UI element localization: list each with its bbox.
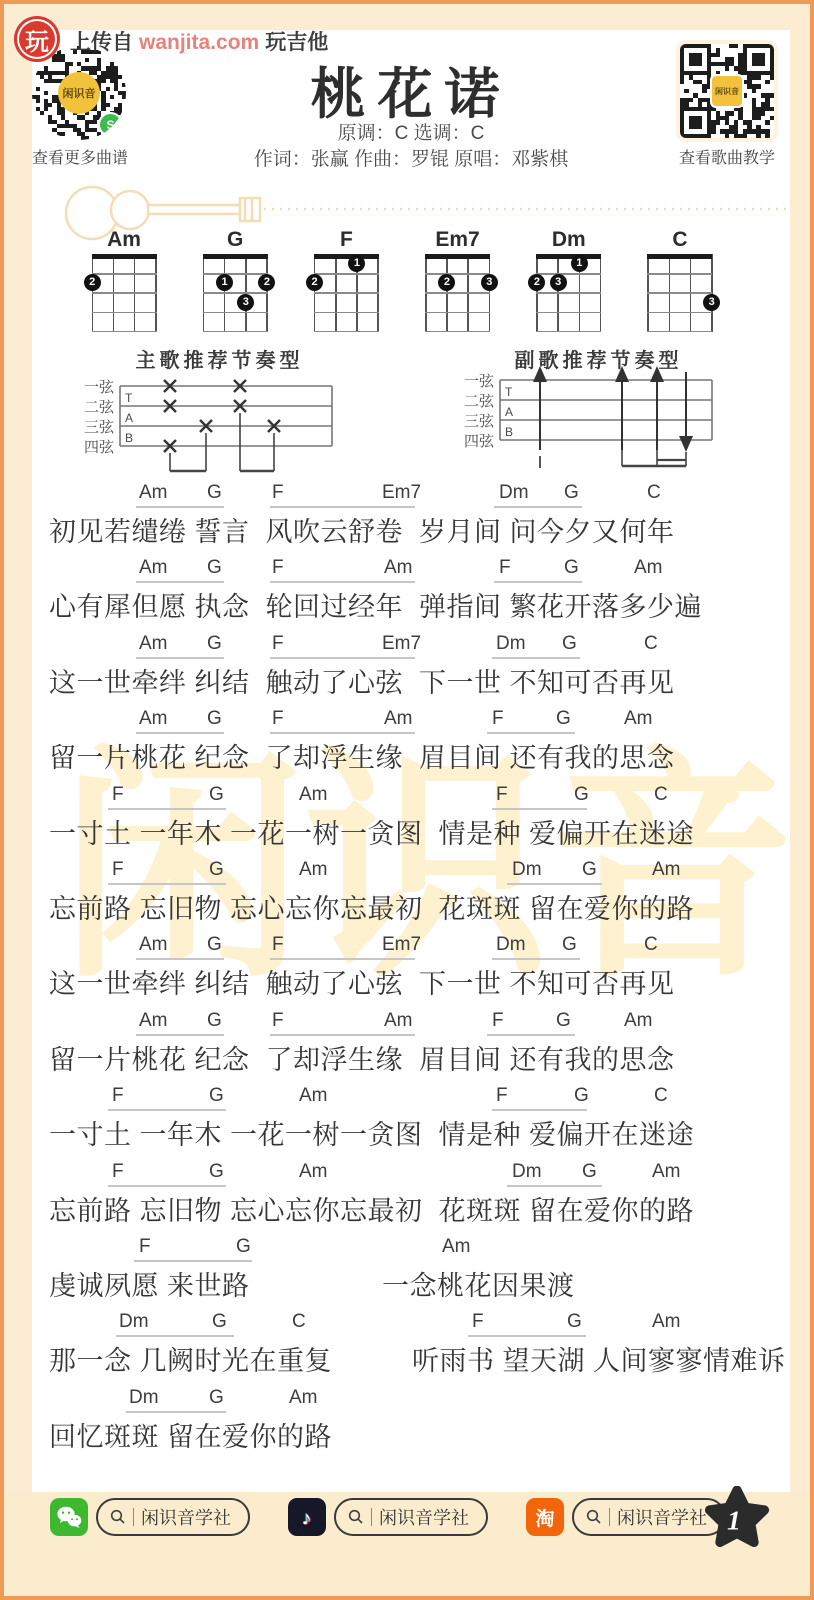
chord-label: Am: [384, 557, 413, 579]
svg-text:B: B: [125, 431, 133, 445]
chord-duration-rule: [108, 1109, 226, 1111]
lyric-line-1: AmGFEm7DmGC初见若缱绻 誓言 风吹云舒卷 岁月间 问今夕又何年: [44, 482, 789, 554]
chord-duration-rule: [494, 506, 582, 508]
chord-diagram-name: Em7: [424, 228, 492, 254]
chord-duration-rule: [108, 808, 226, 810]
lyric-text: 初见若缱绻 誓言 风吹云舒卷 岁月间 问今夕又何年: [49, 510, 675, 549]
search-query: 闲识音学社: [379, 1504, 469, 1530]
chord-label: G: [212, 1311, 227, 1333]
chord-label: Am: [139, 482, 168, 504]
chord-duration-rule: [136, 1034, 224, 1036]
chord-label: Dm: [496, 934, 526, 956]
chord-label: Am: [634, 557, 663, 579]
douyin-search-pill[interactable]: 闲识音学社: [334, 1498, 488, 1536]
chord-duration-rule: [270, 506, 415, 508]
chord-label: Am: [139, 557, 168, 579]
finger-dot: 2: [438, 274, 455, 291]
chord-diagram-Dm: Dm123: [535, 228, 603, 332]
taobao-icon: 淘: [526, 1498, 564, 1536]
lyric-text: 一寸土 一年木 一花一树一贪图 情是种 爱偏开在迷途: [49, 1113, 694, 1152]
chord-label: C: [647, 482, 661, 504]
chord-label: Am: [299, 1161, 328, 1183]
svg-text:一弦: 一弦: [464, 373, 495, 390]
chord-diagram-name: C: [646, 228, 714, 254]
chord-label: F: [272, 557, 284, 579]
svg-text:T: T: [505, 385, 513, 399]
svg-text:A: A: [505, 405, 513, 419]
chord-label: F: [272, 708, 284, 730]
chord-label: F: [272, 633, 284, 655]
lyric-text: 留一片桃花 纪念 了却浮生缘 眉目间 还有我的思念: [49, 736, 675, 775]
chord-label: Dm: [119, 1311, 149, 1333]
chord-label: G: [209, 784, 224, 806]
svg-text:B: B: [505, 425, 513, 439]
svg-text:T: T: [125, 391, 133, 405]
chord-label: G: [209, 1387, 224, 1409]
chord-label: G: [207, 1010, 222, 1032]
chord-label: F: [112, 1085, 124, 1107]
chord-label: G: [207, 482, 222, 504]
taobao-search-group: 淘 闲识音学社: [526, 1498, 726, 1536]
svg-text:A: A: [125, 411, 133, 425]
chord-duration-rule: [136, 958, 224, 960]
right-qr-caption: 查看歌曲教学: [666, 145, 788, 168]
chord-label: Am: [442, 1236, 471, 1258]
chord-label: C: [292, 1311, 306, 1333]
lyric-line-11: FGAm虔诚夙愿 来世路一念桃花因果渡: [44, 1236, 789, 1308]
chord-label: G: [567, 1311, 582, 1333]
lyric-text: 那一念 几阙时光在重复: [49, 1339, 332, 1378]
chord-duration-rule: [492, 958, 580, 960]
pill-divider: [609, 1508, 610, 1526]
chord-label: G: [582, 859, 597, 881]
chord-label: G: [236, 1236, 251, 1258]
chord-diagram-row: Am2G123F12Em723Dm123C3: [90, 228, 714, 332]
chord-duration-rule: [487, 1034, 575, 1036]
chord-label: G: [556, 708, 571, 730]
lyric-line-12: DmGCFGAm那一念 几阙时光在重复听雨书 望天湖 人间寥寥情难诉: [44, 1311, 789, 1383]
chord-diagram-name: F: [312, 228, 380, 254]
chord-label: F: [496, 784, 508, 806]
chord-label: Am: [299, 859, 328, 881]
lyric-line-3: AmGFEm7DmGC这一世牵绊 纠结 触动了心弦 下一世 不知可否再见: [44, 633, 789, 705]
chord-label: Em7: [382, 482, 421, 504]
chord-label: F: [112, 859, 124, 881]
chord-diagram-name: G: [201, 228, 269, 254]
chord-duration-rule: [270, 1034, 415, 1036]
chord-label: G: [207, 708, 222, 730]
wechat-icon: [50, 1498, 88, 1536]
search-icon: [110, 1509, 126, 1525]
douyin-search-group: ♪ ♪ ♪ 闲识音学社: [288, 1498, 488, 1536]
svg-text:三弦: 三弦: [464, 413, 495, 430]
chord-duration-rule: [507, 1185, 602, 1187]
finger-dot: 1: [348, 255, 365, 272]
svg-text:二弦: 二弦: [464, 393, 495, 410]
lyric-text: 忘前路 忘旧物 忘心忘你忘最初 花斑斑 留在爱你的路: [49, 887, 694, 926]
key-info: 原调：C 选调：C: [4, 118, 814, 145]
chorus-rhythm-tab: 一弦二弦三弦四弦TAB: [460, 364, 720, 474]
chord-label: Am: [384, 1010, 413, 1032]
chord-label: Am: [139, 633, 168, 655]
lyric-text: 一念桃花因果渡: [382, 1264, 575, 1303]
lyric-text: 回忆斑斑 留在爱你的路: [49, 1415, 332, 1454]
chord-label: G: [564, 557, 579, 579]
chord-duration-rule: [126, 1411, 226, 1413]
douyin-icon: ♪ ♪ ♪: [288, 1498, 326, 1536]
chord-diagram-name: Am: [90, 228, 158, 254]
footer-bar: 闲识音学社 ♪ ♪ ♪ 闲识音学社 淘 闲识音学社: [4, 1492, 810, 1596]
taobao-search-pill[interactable]: 闲识音学社: [572, 1498, 726, 1536]
chord-diagram-F: F12: [312, 228, 380, 332]
chord-duration-rule: [487, 732, 575, 734]
svg-text:四弦: 四弦: [464, 433, 495, 450]
chord-label: G: [564, 482, 579, 504]
finger-dot: 3: [481, 274, 498, 291]
chord-diagram-C: C3: [646, 228, 714, 332]
chord-sheet-page: 闲识音 玩 上传自wanjita.com玩吉他 闲识音 S 查看更多曲谱 桃花诺…: [0, 0, 814, 1600]
svg-text:♪: ♪: [302, 1509, 312, 1530]
chord-label: G: [207, 633, 222, 655]
chord-label: Am: [289, 1387, 318, 1409]
pill-divider: [371, 1508, 372, 1526]
chord-label: C: [644, 633, 658, 655]
chord-duration-rule: [492, 1109, 587, 1111]
lyric-line-5: FGAmFGC一寸土 一年木 一花一树一贪图 情是种 爱偏开在迷途: [44, 784, 789, 856]
finger-dot: 2: [84, 274, 101, 291]
fretboard-grid: 23: [425, 254, 490, 332]
chord-label: C: [644, 934, 658, 956]
chord-label: Am: [139, 708, 168, 730]
chord-duration-rule: [507, 883, 602, 885]
chord-duration-rule: [492, 808, 587, 810]
chord-label: G: [209, 1161, 224, 1183]
chord-label: G: [207, 557, 222, 579]
fretboard-grid: 123: [536, 254, 601, 332]
fretboard-grid: 12: [314, 254, 379, 332]
finger-dot: 2: [258, 274, 275, 291]
chord-label: F: [272, 1010, 284, 1032]
svg-text:一弦: 一弦: [84, 379, 115, 396]
chord-label: F: [492, 708, 504, 730]
chord-label: Am: [299, 784, 328, 806]
chord-label: G: [562, 934, 577, 956]
finger-dot: 3: [237, 294, 254, 311]
lyric-text: 一寸土 一年木 一花一树一贪图 情是种 爱偏开在迷途: [49, 812, 694, 851]
chord-label: Dm: [496, 633, 526, 655]
search-query: 闲识音学社: [141, 1504, 231, 1530]
chord-label: F: [472, 1311, 484, 1333]
lyric-text: 忘前路 忘旧物 忘心忘你忘最初 花斑斑 留在爱你的路: [49, 1189, 694, 1228]
chord-label: Am: [139, 1010, 168, 1032]
chord-duration-rule: [270, 732, 415, 734]
lyric-line-2: AmGFAmFGAm心有犀但愿 执念 轮回过经年 弹指间 繁花开落多少遍: [44, 557, 789, 629]
chord-duration-rule: [108, 1185, 226, 1187]
finger-dot: 2: [528, 274, 545, 291]
chord-duration-rule: [492, 657, 580, 659]
chord-label: G: [582, 1161, 597, 1183]
chord-label: G: [209, 1085, 224, 1107]
chord-label: Am: [384, 708, 413, 730]
lyric-line-7: AmGFEm7DmGC这一世牵绊 纠结 触动了心弦 下一世 不知可否再见: [44, 934, 789, 1006]
chord-label: G: [556, 1010, 571, 1032]
chord-diagram-G: G123: [201, 228, 269, 332]
page-number-star: 1: [704, 1486, 770, 1552]
lyric-text: 这一世牵绊 纠结 触动了心弦 下一世 不知可否再见: [49, 661, 675, 700]
page-number: 1: [727, 1505, 741, 1536]
chord-label: Am: [139, 934, 168, 956]
chord-label: Dm: [512, 1161, 542, 1183]
chord-label: G: [562, 633, 577, 655]
lyric-text: 留一片桃花 纪念 了却浮生缘 眉目间 还有我的思念: [49, 1038, 675, 1077]
chord-label: Dm: [129, 1387, 159, 1409]
chord-label: Dm: [512, 859, 542, 881]
verse-rhythm-tab: 一弦二弦三弦四弦TAB: [80, 370, 340, 480]
chord-label: F: [112, 1161, 124, 1183]
verse-rhythm-title: 主歌推荐节奏型: [82, 344, 357, 373]
search-icon: [586, 1509, 602, 1525]
chord-label: F: [139, 1236, 151, 1258]
svg-text:三弦: 三弦: [84, 419, 115, 436]
chord-diagram-name: Dm: [535, 228, 603, 254]
chord-duration-rule: [108, 883, 226, 885]
fretboard-grid: 3: [647, 254, 712, 332]
svg-text:二弦: 二弦: [84, 399, 115, 416]
chord-label: Am: [652, 1311, 681, 1333]
chord-label: Am: [624, 708, 653, 730]
chord-label: Am: [299, 1085, 328, 1107]
chord-duration-rule: [468, 1335, 586, 1337]
finger-dot: 1: [571, 255, 588, 272]
chord-label: F: [496, 1085, 508, 1107]
lyric-line-4: AmGFAmFGAm留一片桃花 纪念 了却浮生缘 眉目间 还有我的思念: [44, 708, 789, 780]
wechat-search-pill[interactable]: 闲识音学社: [96, 1498, 250, 1536]
finger-dot: 1: [216, 274, 233, 291]
pill-divider: [133, 1508, 134, 1526]
lyric-text: 心有犀但愿 执念 轮回过经年 弹指间 繁花开落多少遍: [49, 585, 702, 624]
lyric-text: 虔诚夙愿 来世路: [49, 1264, 250, 1303]
chord-label: F: [272, 934, 284, 956]
chord-diagram-Am: Am2: [90, 228, 158, 332]
lyric-line-9: FGAmFGC一寸土 一年木 一花一树一贪图 情是种 爱偏开在迷途: [44, 1085, 789, 1157]
chord-label: C: [654, 784, 668, 806]
chord-label: G: [574, 1085, 589, 1107]
chord-duration-rule: [270, 958, 415, 960]
chord-label: Em7: [382, 934, 421, 956]
lyric-line-10: FGAmDmGAm忘前路 忘旧物 忘心忘你忘最初 花斑斑 留在爱你的路: [44, 1161, 789, 1233]
chord-duration-rule: [136, 506, 224, 508]
chord-label: Am: [624, 1010, 653, 1032]
chord-label: G: [574, 784, 589, 806]
search-icon: [348, 1509, 364, 1525]
lyrics-section: AmGFEm7DmGC初见若缱绻 誓言 风吹云舒卷 岁月间 问今夕又何年AmGF…: [44, 482, 789, 1477]
chord-duration-rule: [136, 657, 224, 659]
lyric-line-8: AmGFAmFGAm留一片桃花 纪念 了却浮生缘 眉目间 还有我的思念: [44, 1010, 789, 1082]
chord-label: F: [272, 482, 284, 504]
finger-dot: 3: [550, 274, 567, 291]
chord-label: Am: [652, 859, 681, 881]
search-query: 闲识音学社: [617, 1504, 707, 1530]
chord-label: Dm: [499, 482, 529, 504]
finger-dot: 2: [306, 274, 323, 291]
chord-duration-rule: [270, 581, 415, 583]
chord-duration-rule: [134, 1260, 252, 1262]
svg-text:四弦: 四弦: [84, 439, 115, 456]
chord-duration-rule: [494, 581, 582, 583]
chord-duration-rule: [270, 657, 415, 659]
chord-duration-rule: [136, 581, 224, 583]
lyric-line-6: FGAmDmGAm忘前路 忘旧物 忘心忘你忘最初 花斑斑 留在爱你的路: [44, 859, 789, 931]
wechat-search-group: 闲识音学社: [50, 1498, 250, 1536]
fretboard-grid: 123: [203, 254, 268, 332]
chord-duration-rule: [136, 732, 224, 734]
chord-label: G: [209, 859, 224, 881]
finger-dot: 3: [703, 294, 720, 311]
chord-label: F: [112, 784, 124, 806]
chord-label: F: [492, 1010, 504, 1032]
lyric-text: 这一世牵绊 纠结 触动了心弦 下一世 不知可否再见: [49, 962, 675, 1001]
chord-label: C: [654, 1085, 668, 1107]
chord-label: F: [499, 557, 511, 579]
chord-label: Am: [652, 1161, 681, 1183]
fretboard-grid: 2: [92, 254, 157, 332]
chord-duration-rule: [116, 1335, 234, 1337]
chord-label: Em7: [382, 633, 421, 655]
lyric-text: 听雨书 望天湖 人间寥寥情难诉: [412, 1339, 786, 1378]
lyric-line-13: DmGAm回忆斑斑 留在爱你的路: [44, 1387, 789, 1459]
chord-diagram-Em7: Em723: [424, 228, 492, 332]
chord-label: G: [207, 934, 222, 956]
